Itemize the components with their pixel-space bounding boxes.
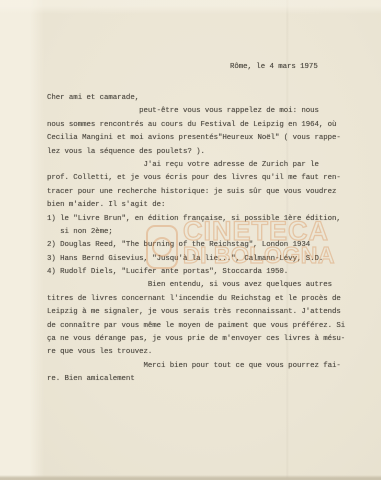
body-line: tracer pour une recherche historique: je… (47, 186, 367, 199)
body-line-closing: re. Bien amicalement (47, 373, 367, 386)
body-line: Merci bien pour tout ce que vous pourrez… (47, 360, 367, 373)
body-line: de connaître par vous même le moyen de p… (47, 320, 367, 333)
body-line: prof. Colletti, et je vous écris pour de… (47, 172, 367, 185)
body-line: bien m'aider. Il s'agit de: (47, 199, 367, 212)
body-line-list-item: 1) le "Livre Brun", en édition française… (47, 213, 367, 226)
body-line: titres de livres concernant l'incendie d… (47, 293, 367, 306)
body-line: Leipzig à me signaler, je vous serais tr… (47, 306, 367, 319)
body-line: Cecilia Mangini et moi avions presentés"… (47, 132, 367, 145)
body-line: nous sommes rencontrés au cours du Festi… (47, 119, 367, 132)
body-line: ça ne vous dérange pas, je vous prie de … (47, 333, 367, 346)
body-line: Cher ami et camarade, (47, 92, 367, 105)
date-line: Rôme, le 4 mars 1975 (230, 63, 318, 71)
body-line: peut-être vous vous rappelez de moi: nou… (47, 105, 367, 118)
letter-page: Rôme, le 4 mars 1975 Cher ami et camarad… (0, 0, 381, 480)
body-line-list-item: si non 2ème; (47, 226, 367, 239)
body-line-list-item: 2) Douglas Reed, "The burning of the Rei… (47, 239, 367, 252)
body-line: re que vous les trouvez. (47, 346, 367, 359)
body-line: J'ai reçu votre adresse de Zurich par le (47, 159, 367, 172)
letter-body: Cher ami et camarade, peut-être vous vou… (47, 92, 367, 387)
body-line-list-item: 3) Hans Bernd Gisevius, "Jusqu'à la lie.… (47, 253, 367, 266)
body-line: Bien entendu, si vous avez quelques autr… (47, 279, 367, 292)
body-line-list-item: 4) Rudolf Diels, "Lucifer ante portas", … (47, 266, 367, 279)
body-line: lez vous la séquence des poulets? ). (47, 146, 367, 159)
